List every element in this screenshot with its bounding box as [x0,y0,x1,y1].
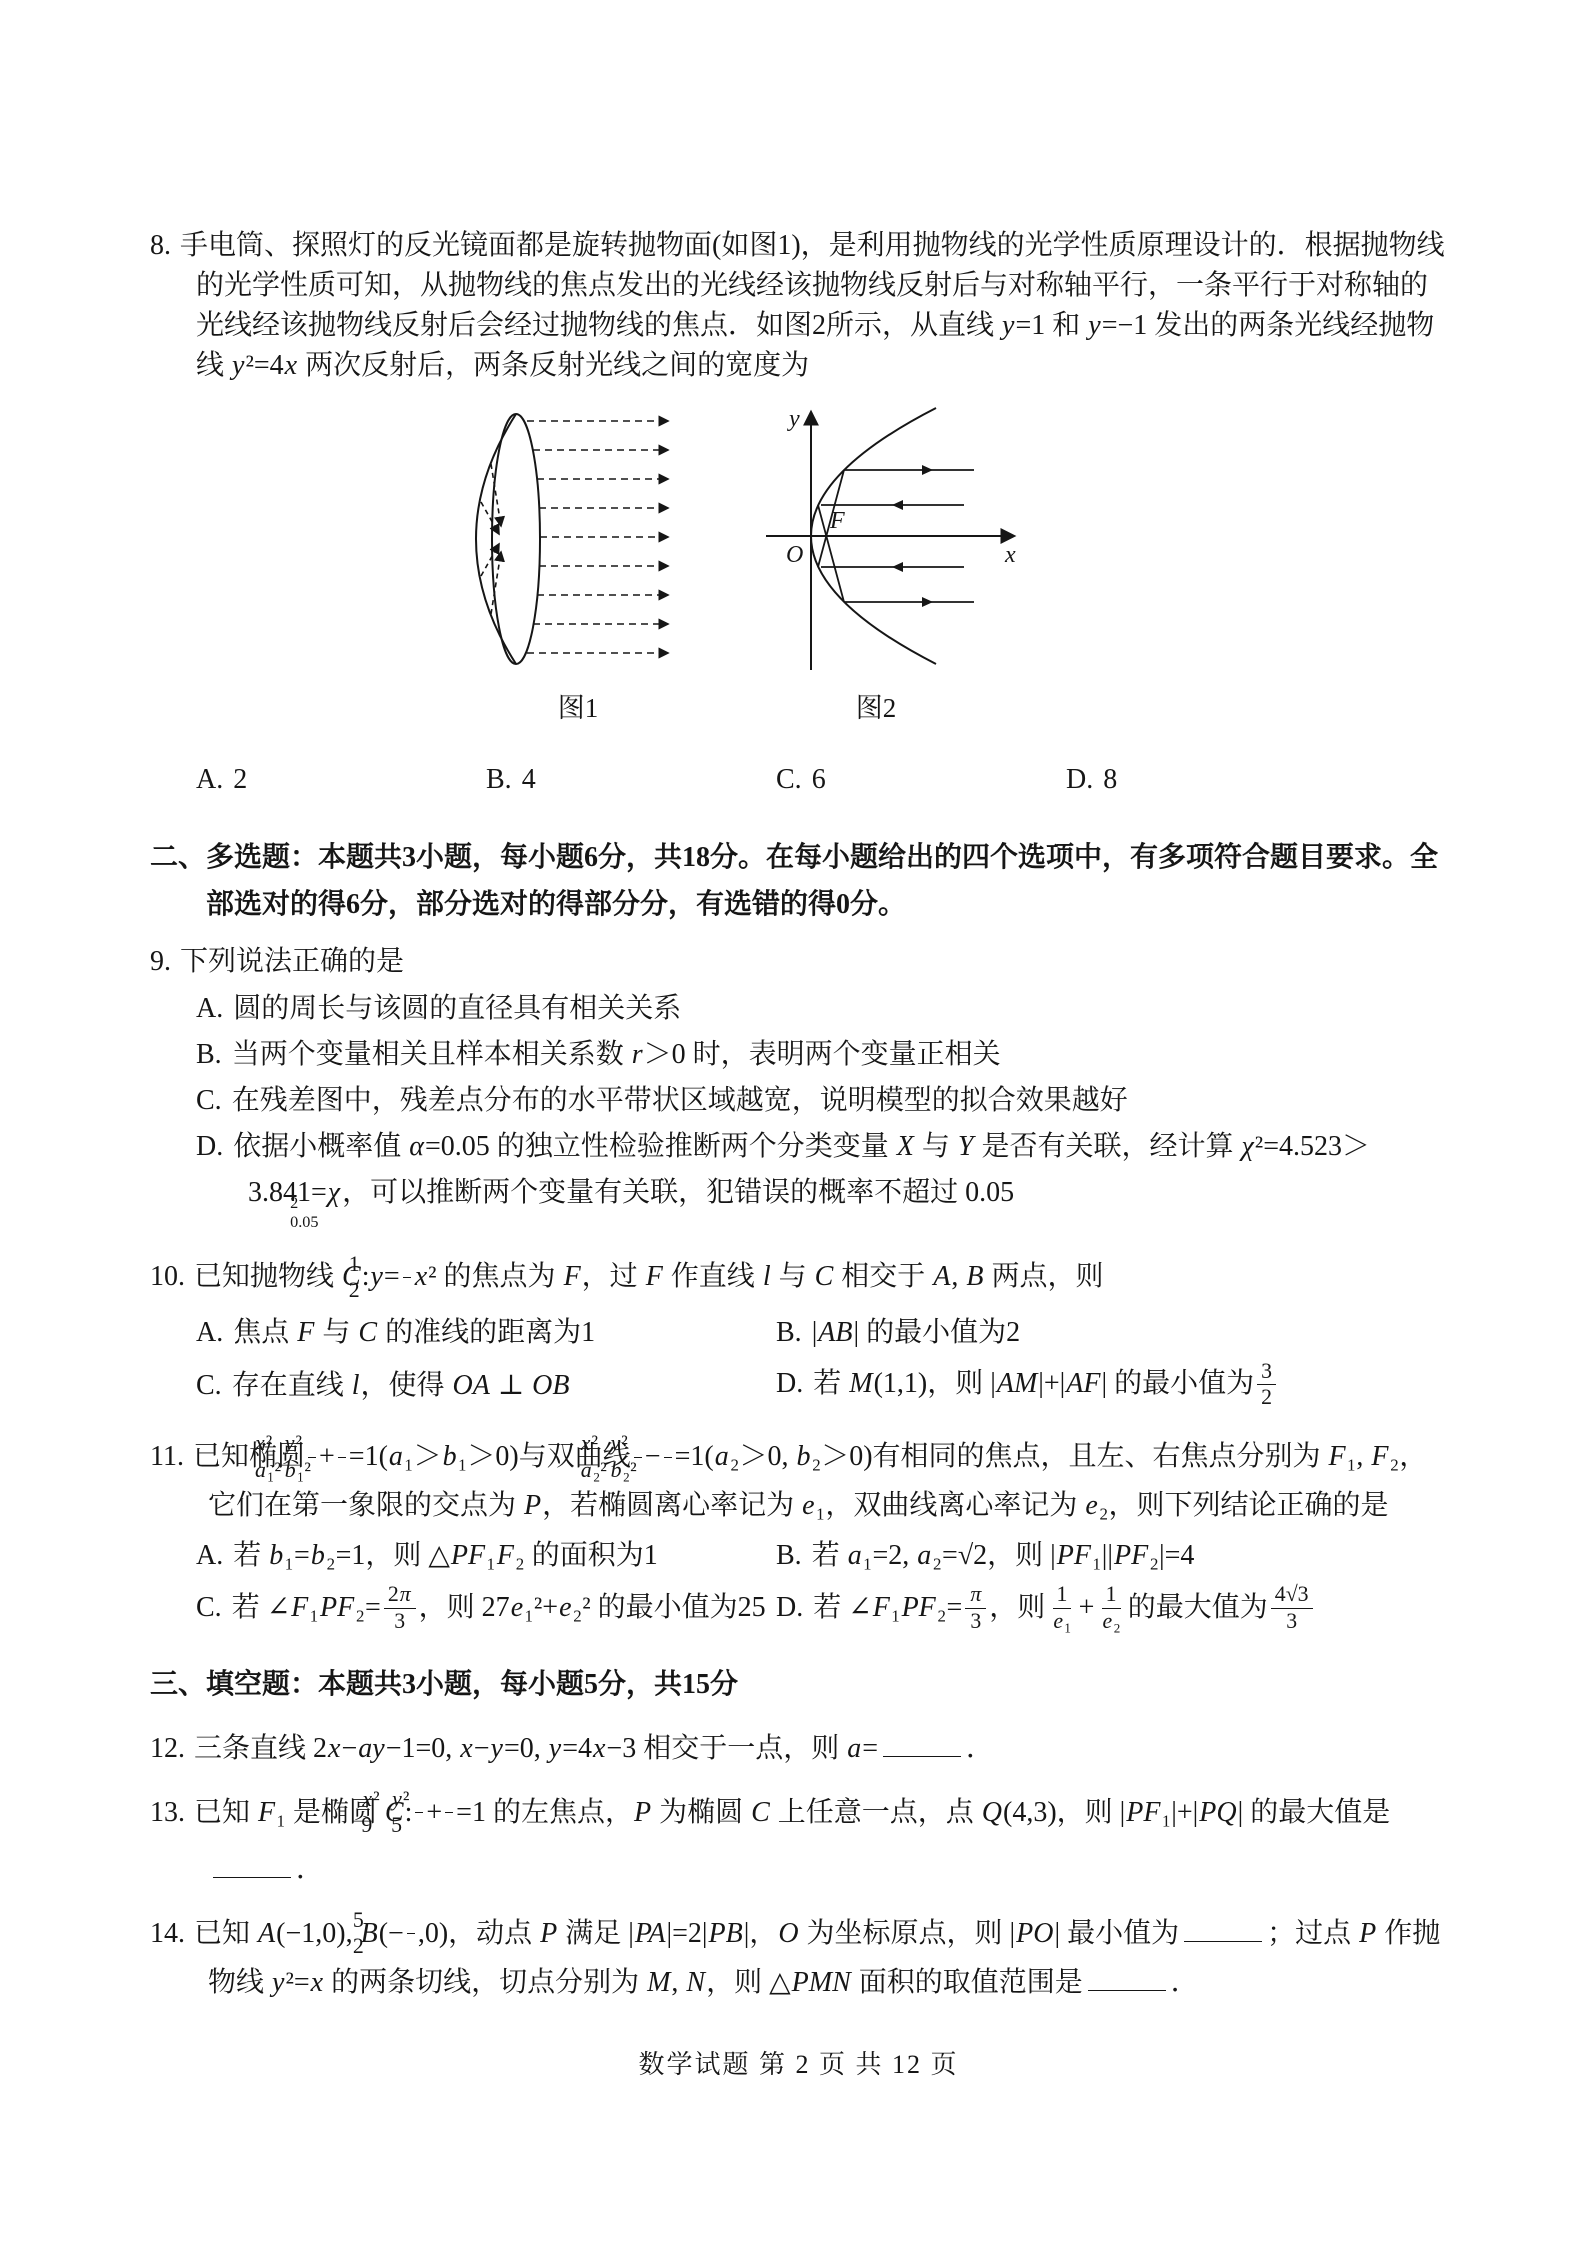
q9-option-d: D.依据小概率值 α=0.05 的独立性检验推断两个分类变量 X 与 Y 是否有… [150,1124,1447,1232]
fraction: x²9 [415,1787,423,1838]
answer-blank [1088,1961,1166,1991]
question-11-stem: 已知椭圆x²a₁²+y²b₁²=1(a₁＞b₁＞0)与双曲线x²a₂²−y²b₂… [193,1441,1427,1521]
q11-option-c: C.若 ∠F₁PF₂=2π3，则 27e₁²+e₂² 的最小值为25 [196,1584,776,1635]
question-8-options: A.2 B.4 C.6 D.8 [150,760,1447,800]
fraction: 2π3 [384,1582,416,1633]
fraction: π3 [965,1582,986,1633]
question-9-stem: 下列说法正确的是 [180,946,404,977]
question-9: 9.下列说法正确的是 [150,942,1447,982]
dish-rim-ellipse [492,414,540,664]
y-axis-label: y [787,406,800,432]
question-14-number: 14. [150,1918,185,1949]
figure-1-caption: 图1 [458,690,698,726]
exam-page: 8.手电筒、探照灯的反光镜面都是旋转抛物面(如图1)，是利用抛物线的光学性质原理… [0,0,1587,2245]
section-2-header: 二、多选题：本题共3小题，每小题6分，共18分。在每小题给出的四个选项中，有多项… [150,834,1447,928]
section-3-header: 三、填空题：本题共3小题，每小题5分，共15分 [150,1661,1447,1708]
q9-option-a: A.圆的周长与该圆的直径具有相关关系 [150,986,1447,1032]
page-footer: 数学试题 第 2 页 共 12 页 [150,2045,1447,2085]
dish-profile-curve [476,414,516,664]
question-13-number: 13. [150,1797,185,1828]
fraction: 4√33 [1271,1582,1313,1633]
q10-option-b: B.|AB| 的最小值为2 [776,1313,1447,1353]
question-11: 11.已知椭圆x²a₁²+y²b₁²=1(a₁＞b₁＞0)与双曲线x²a₂²−y… [150,1433,1447,1528]
question-13-stem: 已知 F₁ 是椭圆 C:x²9+y²5=1 的左焦点，P 为椭圆 C 上任意一点… [194,1797,1390,1828]
fraction: 1e₂ [1097,1582,1124,1633]
origin-label: O [786,542,803,568]
question-12: 12.三条直线 2x−ay−1=0, x−y=0, y=4x−3 相交于一点，则… [150,1726,1447,1768]
q9-option-b: B.当两个变量相关且样本相关系数 r＞0 时，表明两个变量正相关 [150,1032,1447,1078]
question-9-number: 9. [150,946,171,977]
answer-blank [1184,1911,1262,1941]
question-11-options-row-2: C.若 ∠F₁PF₂=2π3，则 27e₁²+e₂² 的最小值为25 D.若 ∠… [150,1584,1447,1635]
figure-2-caption: 图2 [726,690,1026,726]
question-10-stem: 已知抛物线 C:y=12x² 的焦点为 F，过 F 作直线 l 与 C 相交于 … [194,1261,1104,1292]
question-12-number: 12. [150,1733,185,1764]
q10-option-a: A.焦点 F 与 C 的准线的距离为1 [196,1313,776,1353]
q11-option-a: A.若 b₁=b₂=1，则 △PF₁F₂ 的面积为1 [196,1536,776,1576]
parallel-light-rays [527,421,668,653]
fraction: 12 [403,1252,411,1303]
figure-2: y x O F 图2 [726,400,1026,726]
paraboloid-dish-diagram [458,400,698,678]
figure-1: 图1 [458,400,698,726]
question-10-options-row-2: C.存在直线 l，使得 OA ⊥ OB D.若 M(1,1)，则 |AM|+|A… [150,1361,1447,1412]
q9-option-c: C.在残差图中，残差点分布的水平带状区域越宽，说明模型的拟合效果越好 [150,1078,1447,1124]
answer-blank [213,1848,291,1878]
question-11-number: 11. [150,1441,184,1472]
fraction: y²5 [445,1787,453,1838]
figure-row: 图1 [458,400,1447,726]
question-8-stem: 手电筒、探照灯的反光镜面都是旋转抛物面(如图1)，是利用抛物线的光学性质原理设计… [180,230,1445,381]
fraction: 52 [407,1908,415,1959]
fraction: 1e₁ [1048,1582,1075,1633]
question-10-number: 10. [150,1261,185,1292]
q8-option-b: B.4 [486,760,776,800]
q10-option-d: D.若 M(1,1)，则 |AM|+|AF| 的最小值为32 [776,1361,1447,1412]
question-8-number: 8. [150,230,171,261]
x-axis-label: x [1004,542,1016,568]
answer-blank [883,1726,961,1756]
question-8: 8.手电筒、探照灯的反光镜面都是旋转抛物面(如图1)，是利用抛物线的光学性质原理… [150,226,1447,386]
fraction: y²b₁² [338,1431,346,1482]
parabola-reflection-diagram: y x O F [726,400,1026,678]
question-13-blank-line: ． [150,1848,1447,1890]
fraction: 32 [1257,1359,1276,1410]
q11-option-b: B.若 a₁=2, a₂=√2，则 |PF₁||PF₂|=4 [776,1536,1447,1576]
q11-option-d: D.若 ∠F₁PF₂=π3，则1e₁+1e₂的最大值为4√33 [776,1584,1447,1635]
q8-option-a: A.2 [196,760,486,800]
q8-option-c: C.6 [776,760,1066,800]
fraction: y²b₂² [664,1431,672,1482]
question-13: 13.已知 F₁ 是椭圆 C:x²9+y²5=1 的左焦点，P 为椭圆 C 上任… [150,1789,1447,1840]
question-12-stem: 三条直线 2x−ay−1=0, x−y=0, y=4x−3 相交于一点，则 a=… [194,1733,994,1764]
question-10-options-row-1: A.焦点 F 与 C 的准线的距离为1 B.|AB| 的最小值为2 [150,1313,1447,1353]
q10-option-c: C.存在直线 l，使得 OA ⊥ OB [196,1366,776,1406]
question-11-options-row-1: A.若 b₁=b₂=1，则 △PF₁F₂ 的面积为1 B.若 a₁=2, a₂=… [150,1536,1447,1576]
question-10: 10.已知抛物线 C:y=12x² 的焦点为 F，过 F 作直线 l 与 C 相… [150,1254,1447,1305]
question-14: 14.已知 A(−1,0), B(−52,0)，动点 P 满足 |PA|=2|P… [150,1910,1447,2005]
q8-option-d: D.8 [1066,760,1356,800]
question-14-stem: 已知 A(−1,0), B(−52,0)，动点 P 满足 |PA|=2|PB|，… [194,1918,1440,1998]
question-9-options: A.圆的周长与该圆的直径具有相关关系 B.当两个变量相关且样本相关系数 r＞0 … [150,986,1447,1232]
focus-label: F [829,508,845,534]
